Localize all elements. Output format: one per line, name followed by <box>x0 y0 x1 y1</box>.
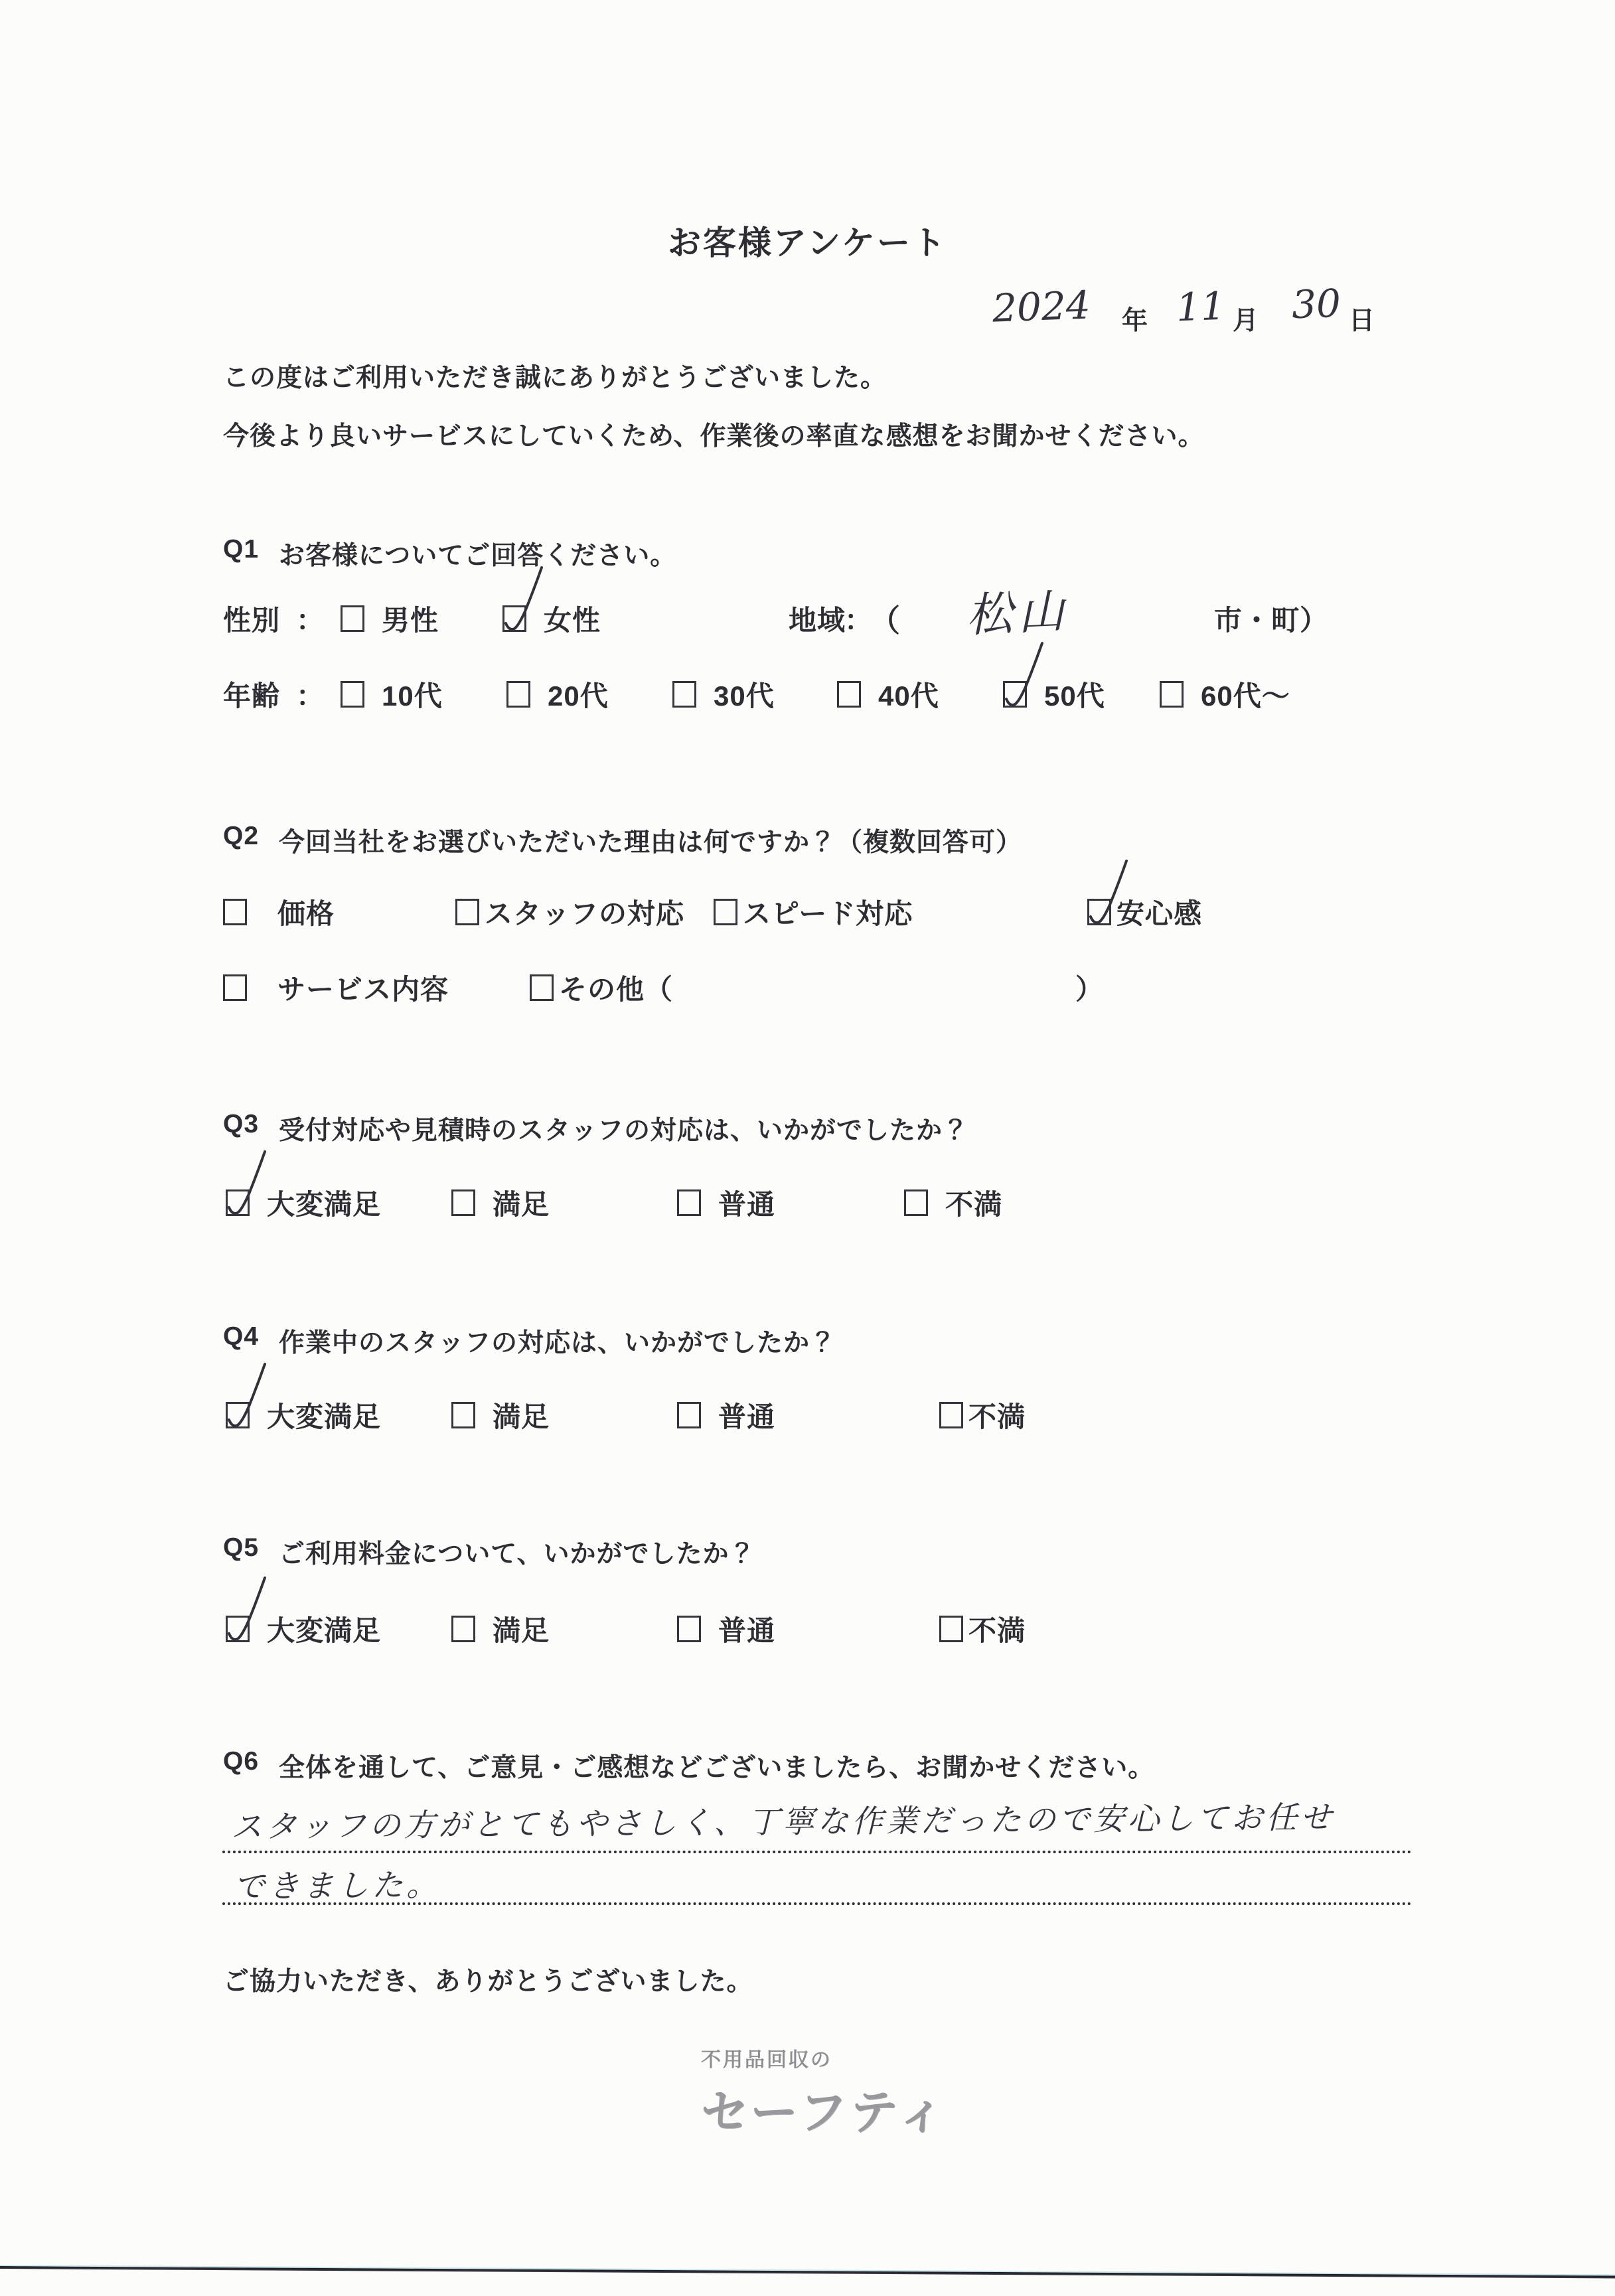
q4-option-dissatisfied: 不満 <box>939 1395 1026 1435</box>
scan-edge-line <box>0 2266 1615 2279</box>
age-50s-label: 50代 <box>1044 674 1105 714</box>
checkbox-age-50s <box>1003 681 1027 708</box>
age-20s-label: 20代 <box>548 674 609 714</box>
gender-label: 性別 <box>223 599 280 639</box>
q2-number: Q2 <box>223 822 259 859</box>
price-label: 価格 <box>277 892 335 932</box>
q3-option-very-satisfied: 大変満足 <box>226 1183 381 1223</box>
checkbox-speed <box>714 899 737 925</box>
q1-option-female: 女性 <box>502 599 601 639</box>
q4-number: Q4 <box>223 1322 259 1359</box>
date-year-handwritten: 2024 <box>992 282 1091 331</box>
q3-option-neutral: 普通 <box>677 1183 775 1223</box>
region-value-handwritten: 松山 <box>964 574 1071 646</box>
q3-very-satisfied-label: 大変満足 <box>267 1183 381 1223</box>
check-mark-icon <box>220 1146 270 1219</box>
q6-text: 全体を通して、ご意見・ご感想などございましたら、お聞かせください。 <box>279 1747 1154 1784</box>
gender-colon: ： <box>296 599 325 639</box>
q5-number: Q5 <box>223 1533 259 1570</box>
q4-text: 作業中のスタッフの対応は、いかがでしたか？ <box>279 1322 836 1359</box>
checkbox-age-20s <box>506 681 530 708</box>
q4-heading: Q4 作業中のスタッフの対応は、いかがでしたか？ <box>223 1322 836 1359</box>
q4-very-satisfied-label: 大変満足 <box>267 1395 381 1435</box>
age-40s-label: 40代 <box>878 674 939 714</box>
q6-number: Q6 <box>223 1747 259 1784</box>
q1-option-age-60s: 60代～ <box>1160 674 1290 714</box>
q1-option-age-40s: 40代 <box>837 674 939 714</box>
checkbox-q5-satisfied <box>451 1616 475 1642</box>
q5-option-very-satisfied: 大変満足 <box>226 1609 381 1649</box>
q3-option-satisfied: 満足 <box>451 1183 550 1223</box>
q5-very-satisfied-label: 大変満足 <box>267 1609 381 1649</box>
company-logo: 不用品回収の セーフティ <box>701 2043 949 2143</box>
date-month-unit: 月 <box>1233 300 1259 337</box>
q1-option-age-50s: 50代 <box>1003 674 1105 714</box>
q3-neutral-label: 普通 <box>718 1183 775 1223</box>
checkbox-q4-very-satisfied <box>226 1402 250 1428</box>
q4-satisfied-label: 満足 <box>493 1395 550 1435</box>
q4-option-very-satisfied: 大変満足 <box>226 1395 381 1435</box>
q5-option-dissatisfied: 不満 <box>939 1609 1026 1649</box>
q1-option-age-20s: 20代 <box>506 674 609 714</box>
q5-dissatisfied-label: 不満 <box>968 1609 1026 1649</box>
date-year-unit: 年 <box>1122 300 1148 337</box>
q6-answer-handwritten-line1: スタッフの方がとてもやさしく、丁寧な作業だったので安心してお任せ <box>231 1793 1336 1847</box>
check-mark-icon <box>497 562 547 635</box>
survey-scan-page: お客様アンケート 2024 年 11 月 30 日 この度はご利用いただき誠にあ… <box>0 0 1615 2296</box>
date-day-handwritten: 30 <box>1291 281 1342 328</box>
q2-text: 今回当社をお選びいただいた理由は何ですか？（複数回答可） <box>279 822 1022 859</box>
q5-heading: Q5 ご利用料金について、いかがでしたか？ <box>223 1533 755 1570</box>
q2-option-reassurance: 安心感 <box>1087 892 1202 932</box>
q3-satisfied-label: 満足 <box>493 1183 550 1223</box>
checkbox-staff-response <box>455 899 479 925</box>
region-paren-open: （ <box>870 597 901 641</box>
q1-option-age-10s: 10代 <box>341 674 443 714</box>
logo-tagline: 不用品回収の <box>701 2043 949 2072</box>
age-60s-label: 60代～ <box>1201 674 1290 714</box>
q5-option-neutral: 普通 <box>677 1609 775 1649</box>
check-mark-icon <box>997 638 1047 711</box>
other-paren-close: ） <box>1075 968 1104 1008</box>
service-label: サービス内容 <box>277 968 449 1008</box>
intro-line-1: この度はご利用いただき誠にありがとうございました。 <box>223 357 887 394</box>
q1-heading: Q1 お客様についてご回答ください。 <box>223 535 676 572</box>
q1-option-male: 男性 <box>341 599 439 639</box>
q1-number: Q1 <box>223 535 259 572</box>
q4-neutral-label: 普通 <box>718 1395 775 1435</box>
region-label: 地域 <box>789 599 846 639</box>
q6-answer-handwritten-line2: できました。 <box>234 1861 441 1907</box>
female-label: 女性 <box>544 599 601 639</box>
form-title: お客様アンケート <box>0 216 1615 264</box>
age-10s-label: 10代 <box>382 674 443 714</box>
q5-option-satisfied: 満足 <box>451 1609 550 1649</box>
checkbox-age-10s <box>341 681 364 708</box>
q3-options-row: 大変満足 満足 普通 不満 <box>0 1182 1615 1224</box>
q3-option-dissatisfied: 不満 <box>904 1183 1002 1223</box>
checkbox-q3-neutral <box>677 1189 701 1216</box>
checkbox-q5-very-satisfied <box>226 1616 250 1642</box>
q3-dissatisfied-label: 不満 <box>945 1183 1002 1223</box>
q2-options-row1: 価格 スタッフの対応 スピード対応 安心感 <box>0 891 1615 933</box>
q2-option-other: その他（ <box>530 968 673 1008</box>
checkbox-age-60s <box>1160 681 1184 708</box>
checkbox-service <box>223 974 247 1001</box>
q3-number: Q3 <box>223 1110 259 1147</box>
checkbox-male <box>341 605 364 632</box>
q2-option-speed: スピード対応 <box>714 892 913 932</box>
q5-satisfied-label: 満足 <box>493 1609 550 1649</box>
q4-options-row: 大変満足 満足 普通 不満 <box>0 1394 1615 1436</box>
logo-name: セーフティ <box>699 2074 950 2143</box>
checkbox-q4-dissatisfied <box>939 1402 963 1428</box>
male-label: 男性 <box>382 599 439 639</box>
checkbox-price <box>223 899 247 925</box>
q4-option-satisfied: 満足 <box>451 1395 550 1435</box>
staff-response-label: スタッフの対応 <box>485 892 684 932</box>
speed-label: スピード対応 <box>743 892 913 932</box>
q2-option-service: サービス内容 <box>223 968 449 1008</box>
region-colon: ： <box>844 599 873 639</box>
region-paren-close: 市・町） <box>1214 599 1328 639</box>
checkbox-female <box>502 605 526 632</box>
checkbox-q4-neutral <box>677 1402 701 1428</box>
q5-neutral-label: 普通 <box>718 1609 775 1649</box>
q3-text: 受付対応や見積時のスタッフの対応は、いかがでしたか？ <box>279 1110 969 1147</box>
q1-text: お客様についてご回答ください。 <box>279 535 676 572</box>
q2-option-price: 価格 <box>223 892 335 932</box>
q1-age-row: 年齢 ： 10代 20代 30代 40代 <box>0 673 1615 716</box>
q1-gender-region-row: 性別 ： 男性 女性 地域 ： （ 市・町） <box>0 597 1615 640</box>
check-mark-icon <box>220 1572 270 1645</box>
other-label: その他（ <box>559 968 673 1008</box>
closing-text: ご協力いただき、ありがとうございました。 <box>223 1961 753 1998</box>
date-month-handwritten: 11 <box>1176 283 1226 331</box>
checkbox-q3-dissatisfied <box>904 1189 928 1216</box>
checkbox-other <box>530 974 554 1001</box>
checkbox-reassurance <box>1087 899 1111 925</box>
q5-text: ご利用料金について、いかがでしたか？ <box>279 1533 755 1570</box>
check-mark-icon <box>1081 856 1132 929</box>
intro-line-2: 今後より良いサービスにしていくため、作業後の率直な感想をお聞かせください。 <box>223 416 1204 453</box>
age-label: 年齢 <box>223 674 280 714</box>
checkbox-q5-neutral <box>677 1616 701 1642</box>
age-30s-label: 30代 <box>714 674 775 714</box>
q2-heading: Q2 今回当社をお選びいただいた理由は何ですか？（複数回答可） <box>223 822 1022 859</box>
q4-dissatisfied-label: 不満 <box>968 1395 1026 1435</box>
date-day-unit: 日 <box>1349 300 1375 337</box>
checkbox-q3-satisfied <box>451 1189 475 1216</box>
q1-option-age-30s: 30代 <box>672 674 775 714</box>
checkbox-q5-dissatisfied <box>939 1616 963 1642</box>
checkbox-age-40s <box>837 681 861 708</box>
q3-heading: Q3 受付対応や見積時のスタッフの対応は、いかがでしたか？ <box>223 1110 969 1147</box>
check-mark-icon <box>220 1359 270 1432</box>
checkbox-q3-very-satisfied <box>226 1189 250 1216</box>
q6-heading: Q6 全体を通して、ご意見・ご感想などございましたら、お聞かせください。 <box>223 1747 1154 1784</box>
checkbox-age-30s <box>672 681 696 708</box>
answer-dotted-line-1 <box>222 1851 1412 1853</box>
q5-options-row: 大変満足 満足 普通 不満 <box>0 1608 1615 1650</box>
age-colon: ： <box>296 674 325 714</box>
q4-option-neutral: 普通 <box>677 1395 775 1435</box>
answer-dotted-line-2 <box>222 1902 1412 1905</box>
q2-option-staff-response: スタッフの対応 <box>455 892 684 932</box>
q2-options-row2: サービス内容 その他（ ） <box>0 966 1615 1009</box>
checkbox-q4-satisfied <box>451 1402 475 1428</box>
